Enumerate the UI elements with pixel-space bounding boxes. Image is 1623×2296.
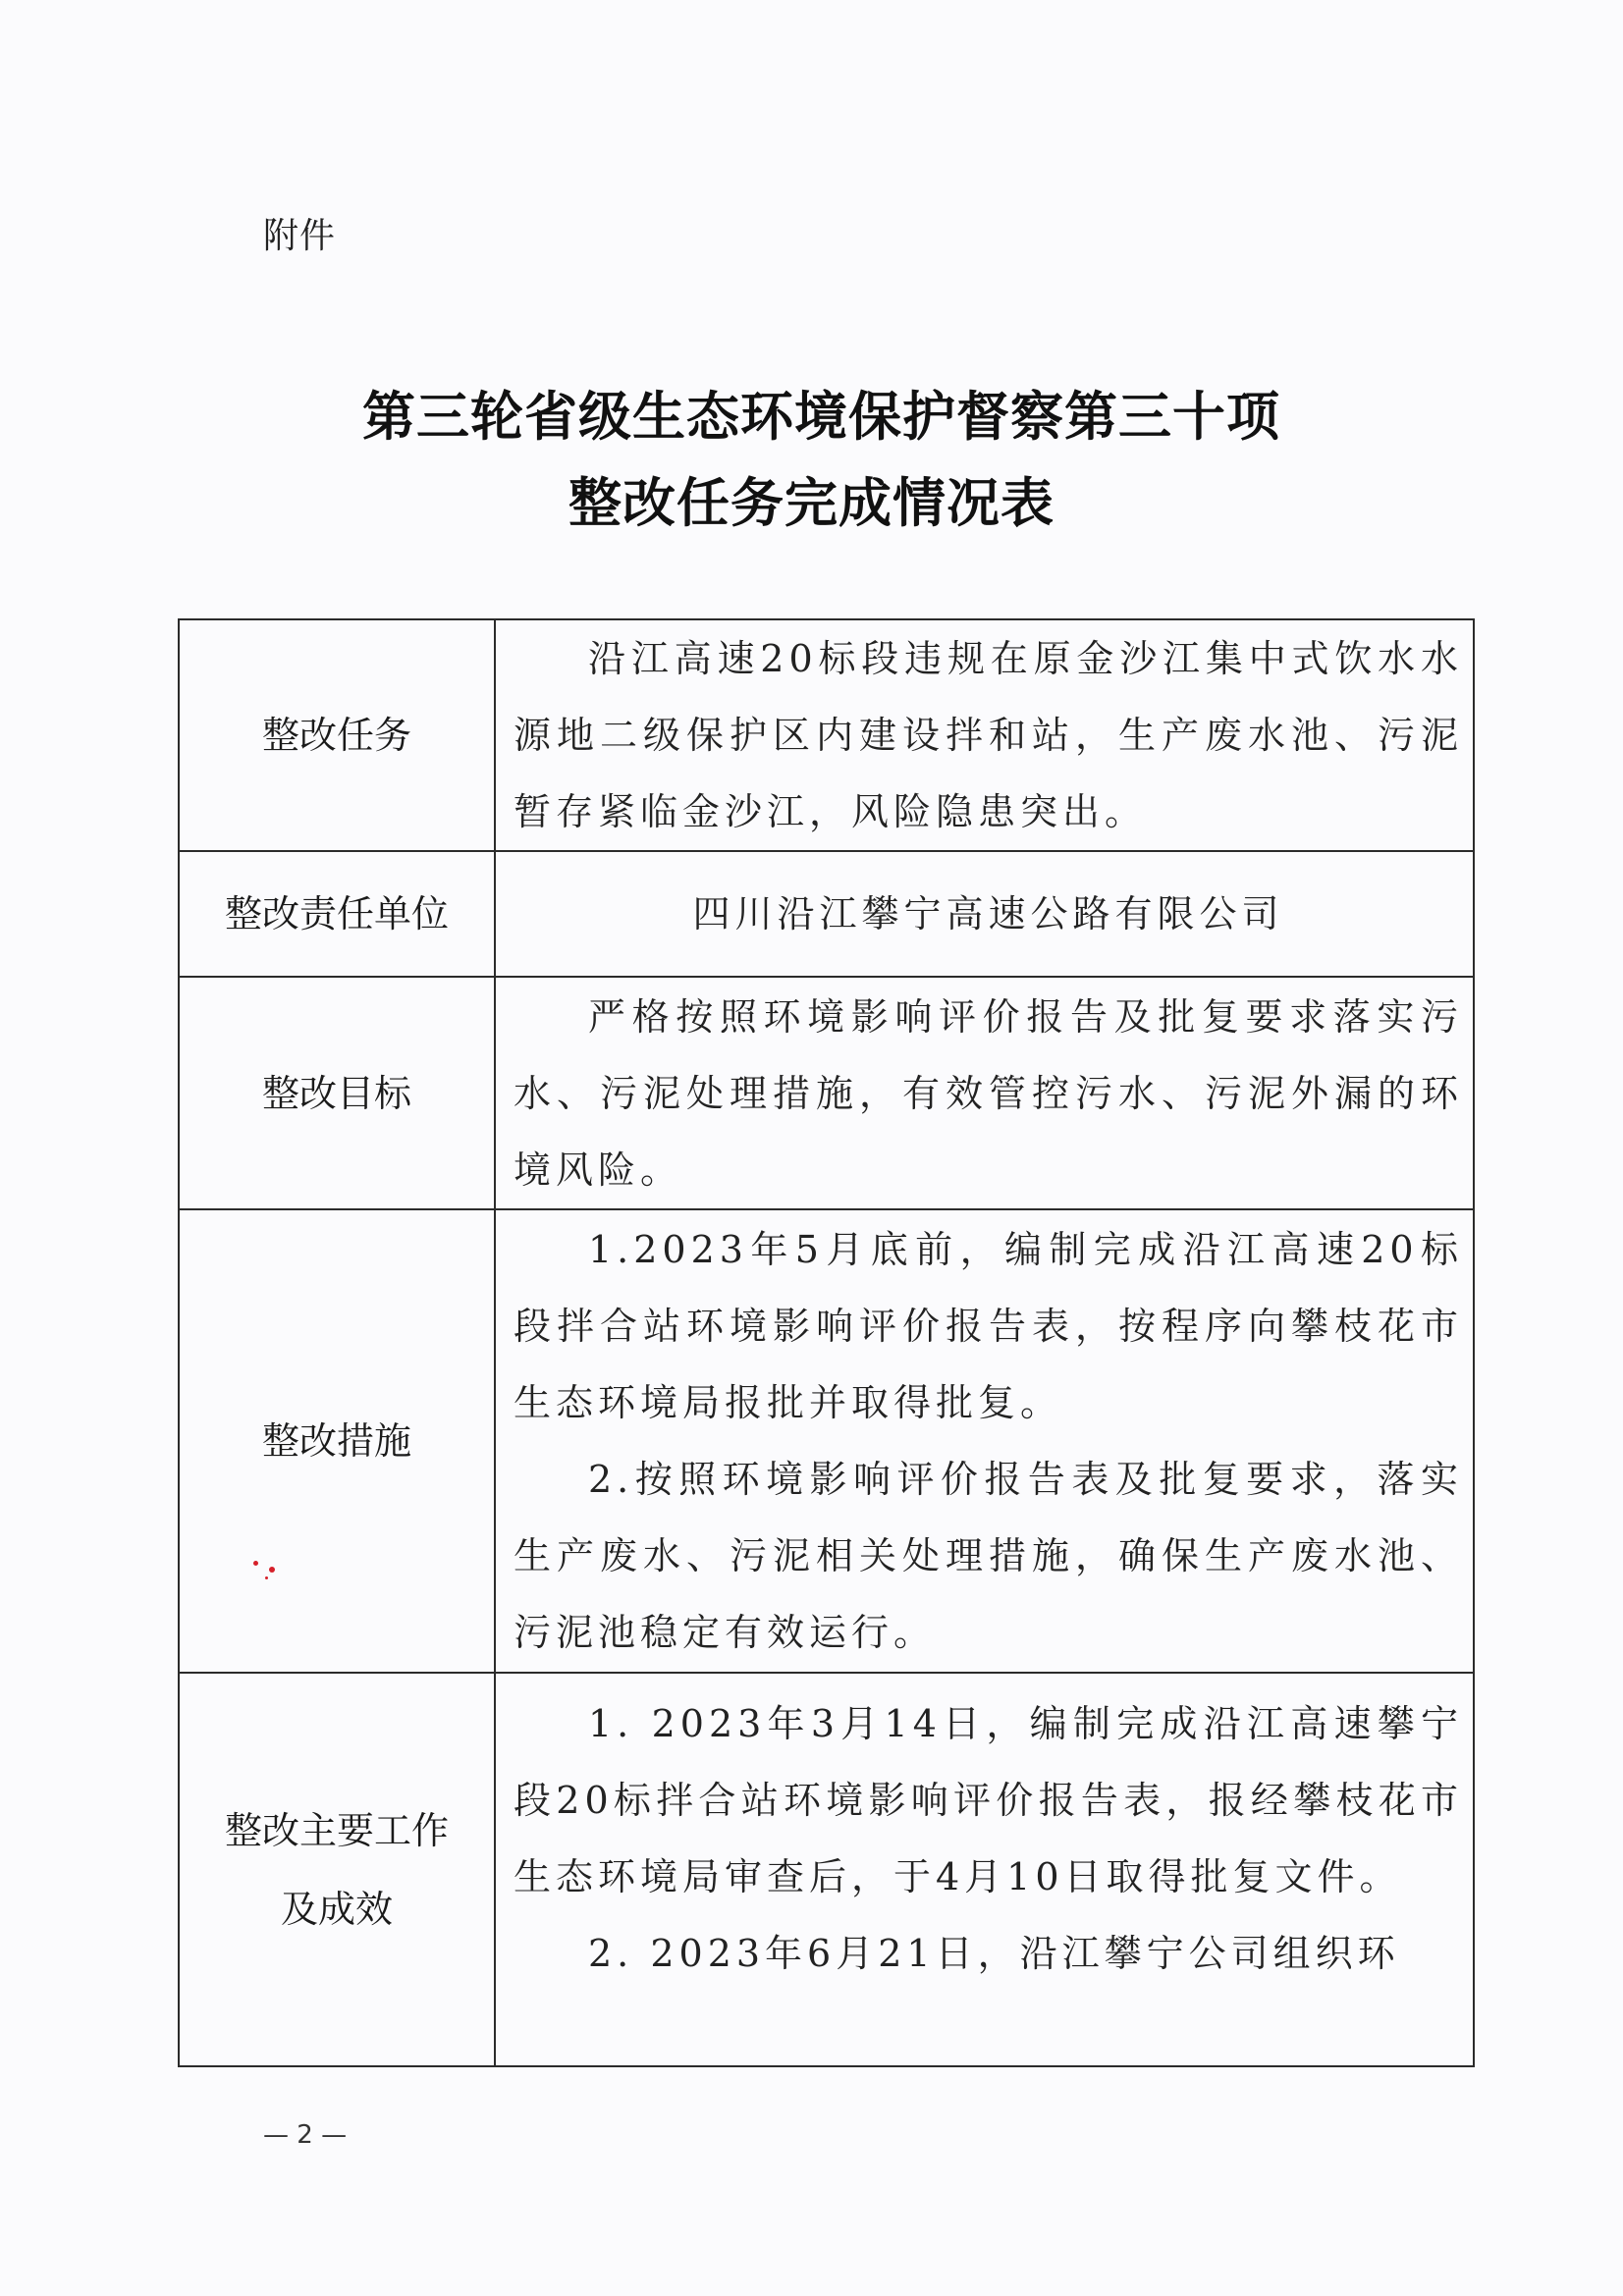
title-line-1: 第三轮省级生态环境保护督察第三十项 bbox=[0, 373, 1623, 459]
page-number: — 2 — bbox=[263, 2120, 347, 2150]
content-paragraph: 2. 2023年6月21日，沿江攀宁公司组织环 bbox=[514, 1915, 1463, 1992]
content-paragraph: 1.2023年5月底前，编制完成沿江高速20标段拌合站环境影响评价报告表，按程序… bbox=[514, 1211, 1463, 1441]
rectification-table: 整改任务 沿江高速20标段违规在原金沙江集中式饮水水源地二级保护区内建设拌和站，… bbox=[178, 618, 1475, 2067]
table-row-main-work: 整改主要工作 及成效 1. 2023年3月14日，编制完成沿江高速攀宁段20标拌… bbox=[179, 1673, 1474, 2066]
row-label-line-2: 及成效 bbox=[181, 1870, 493, 1949]
row-label: 整改目标 bbox=[179, 977, 495, 1209]
content-paragraph: 严格按照环境影响评价报告及批复要求落实污水、污泥处理措施，有效管控污水、污泥外漏… bbox=[514, 979, 1463, 1208]
red-stamp-dots bbox=[253, 1561, 302, 1590]
content-paragraph: 1. 2023年3月14日，编制完成沿江高速攀宁段20标拌合站环境影响评价报告表… bbox=[514, 1685, 1463, 1915]
row-content: 严格按照环境影响评价报告及批复要求落实污水、污泥处理措施，有效管控污水、污泥外漏… bbox=[495, 977, 1474, 1209]
row-label: 整改任务 bbox=[179, 619, 495, 851]
content-paragraph: 2.按照环境影响评价报告表及批复要求，落实生产废水、污泥相关处理措施，确保生产废… bbox=[514, 1441, 1463, 1671]
table-row-measures: 整改措施 1.2023年5月底前，编制完成沿江高速20标段拌合站环境影响评价报告… bbox=[179, 1209, 1474, 1673]
table-row-goal: 整改目标 严格按照环境影响评价报告及批复要求落实污水、污泥处理措施，有效管控污水… bbox=[179, 977, 1474, 1209]
document-title: 第三轮省级生态环境保护督察第三十项 整改任务完成情况表 bbox=[0, 373, 1623, 546]
row-content: 四川沿江攀宁高速公路有限公司 bbox=[495, 851, 1474, 977]
row-label: 整改措施 bbox=[179, 1209, 495, 1673]
row-label: 整改主要工作 及成效 bbox=[179, 1673, 495, 2066]
table-row-responsible-unit: 整改责任单位 四川沿江攀宁高速公路有限公司 bbox=[179, 851, 1474, 977]
content-paragraph: 沿江高速20标段违规在原金沙江集中式饮水水源地二级保护区内建设拌和站，生产废水池… bbox=[514, 620, 1463, 850]
row-label-line-1: 整改主要工作 bbox=[181, 1791, 493, 1870]
title-line-2: 整改任务完成情况表 bbox=[0, 459, 1623, 546]
row-content: 沿江高速20标段违规在原金沙江集中式饮水水源地二级保护区内建设拌和站，生产废水池… bbox=[495, 619, 1474, 851]
table-row-task: 整改任务 沿江高速20标段违规在原金沙江集中式饮水水源地二级保护区内建设拌和站，… bbox=[179, 619, 1474, 851]
row-content: 1. 2023年3月14日，编制完成沿江高速攀宁段20标拌合站环境影响评价报告表… bbox=[495, 1673, 1474, 2066]
row-content: 1.2023年5月底前，编制完成沿江高速20标段拌合站环境影响评价报告表，按程序… bbox=[495, 1209, 1474, 1673]
row-label: 整改责任单位 bbox=[179, 851, 495, 977]
attachment-label: 附件 bbox=[263, 208, 336, 258]
